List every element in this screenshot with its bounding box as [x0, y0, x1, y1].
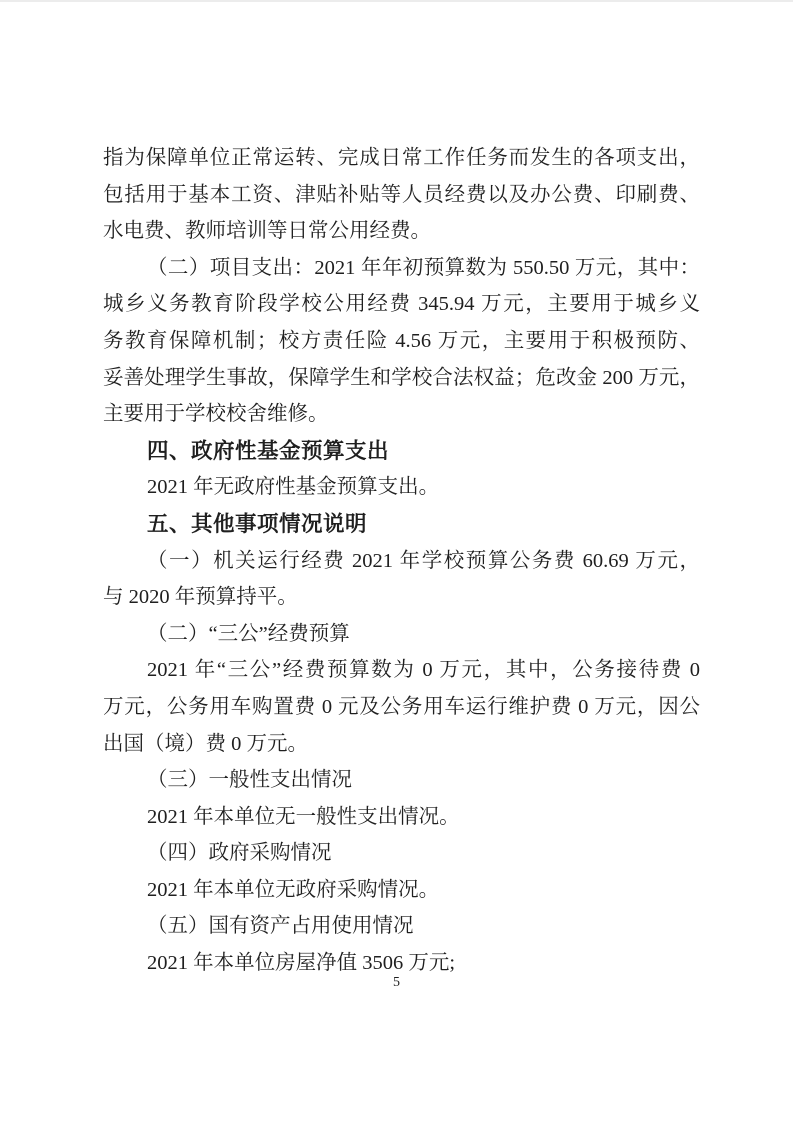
text-line: 城乡义务教育阶段学校公用经费 345.94 万元，主要用于城乡义 — [103, 286, 700, 323]
text-line: （二）项目支出：2021 年年初预算数为 550.50 万元，其中： — [103, 250, 700, 287]
text-line: （二）“三公”经费预算 — [103, 616, 700, 653]
page-number: 5 — [0, 975, 793, 991]
text-line: 2021 年无政府性基金预算支出。 — [103, 469, 700, 506]
document-page: 指为保障单位正常运转、完成日常工作任务而发生的各项支出，包括用于基本工资、津贴补… — [0, 0, 793, 1122]
text-line: 2021 年“三公”经费预算数为 0 万元，其中，公务接待费 0 — [103, 652, 700, 689]
section-heading: 五、其他事项情况说明 — [103, 506, 700, 543]
text-line: （五）国有资产占用使用情况 — [103, 908, 700, 945]
text-line: （四）政府采购情况 — [103, 835, 700, 872]
text-line: 万元，公务用车购置费 0 元及公务用车运行维护费 0 万元，因公 — [103, 689, 700, 726]
text-line: 包括用于基本工资、津贴补贴等人员经费以及办公费、印刷费、 — [103, 177, 700, 214]
document-body: 指为保障单位正常运转、完成日常工作任务而发生的各项支出，包括用于基本工资、津贴补… — [103, 140, 700, 982]
text-line: 指为保障单位正常运转、完成日常工作任务而发生的各项支出， — [103, 140, 700, 177]
text-line: （一）机关运行经费 2021 年学校预算公务费 60.69 万元， — [103, 543, 700, 580]
text-line: 出国（境）费 0 万元。 — [103, 726, 700, 763]
text-line: 主要用于学校校舍维修。 — [103, 396, 700, 433]
text-line: 2021 年本单位无一般性支出情况。 — [103, 799, 700, 836]
section-heading: 四、政府性基金预算支出 — [103, 433, 700, 470]
text-line: 妥善处理学生事故，保障学生和学校合法权益；危改金 200 万元， — [103, 360, 700, 397]
text-line: （三）一般性支出情况 — [103, 762, 700, 799]
text-line: 与 2020 年预算持平。 — [103, 579, 700, 616]
text-line: 2021 年本单位无政府采购情况。 — [103, 872, 700, 909]
text-line: 水电费、教师培训等日常公用经费。 — [103, 213, 700, 250]
text-line: 务教育保障机制；校方责任险 4.56 万元，主要用于积极预防、 — [103, 323, 700, 360]
